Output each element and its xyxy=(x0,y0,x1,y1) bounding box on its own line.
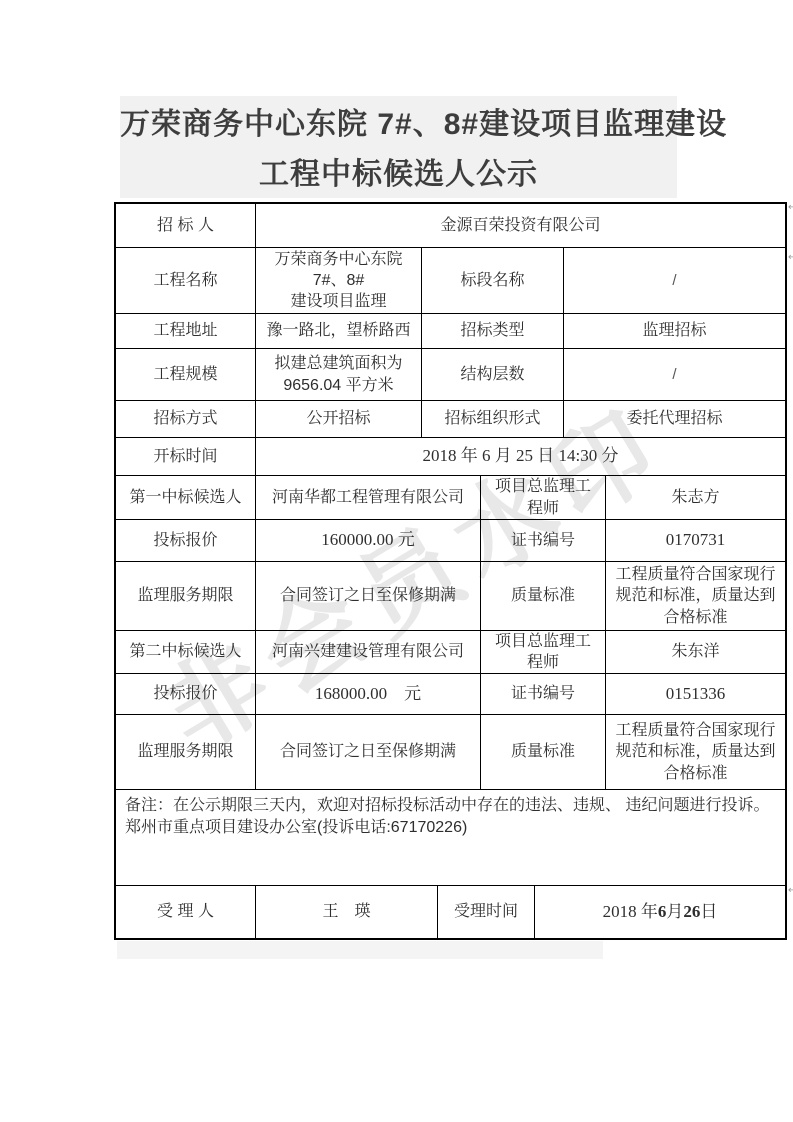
table-section-basic-info: 招 标 人 金源百荣投资有限公司 工程名称 万荣商务中心东院 7#、8# 建设项… xyxy=(116,204,785,476)
value-tender-method: 公开招标 xyxy=(256,401,422,438)
label-project-scale: 工程规模 xyxy=(116,349,256,401)
value-service-period-1: 合同签订之日至保修期满 xyxy=(256,562,481,631)
value-project-address: 豫一路北，望桥路西 xyxy=(256,314,422,349)
date-month: 6 xyxy=(658,901,667,923)
paragraph-mark-icon: ↵ xyxy=(788,253,793,263)
page-title-line1: 万荣商务中心东院 7#、8#建设项目监理建设 xyxy=(120,100,677,150)
label-handler: 受 理 人 xyxy=(116,886,256,938)
page-title-line2: 工程中标候选人公示 xyxy=(120,150,677,200)
label-tenderee: 招 标 人 xyxy=(116,204,256,248)
value-first-candidate: 河南华都工程管理有限公司 xyxy=(256,476,481,520)
label-bid-opening-time: 开标时间 xyxy=(116,438,256,476)
value-quality-standard-2: 工程质量符合国家现行规范和标准，质量达到合格标准 xyxy=(606,715,785,790)
value-bid-opening-time: 2018 年 6 月 25 日 14:30 分 xyxy=(256,438,785,476)
label-quality-standard-2: 质量标准 xyxy=(481,715,606,790)
label-service-period-1: 监理服务期限 xyxy=(116,562,256,631)
label-certificate-no-2: 证书编号 xyxy=(481,674,606,715)
value-quality-standard-1: 工程质量符合国家现行规范和标准，质量达到合格标准 xyxy=(606,562,785,631)
label-tender-method: 招标方式 xyxy=(116,401,256,438)
label-structure-floors: 结构层数 xyxy=(422,349,564,401)
date-part: 月 xyxy=(666,901,683,923)
value-service-period-2: 合同签订之日至保修期满 xyxy=(256,715,481,790)
highlight-band xyxy=(117,941,603,959)
value-tender-type: 监理招标 xyxy=(564,314,785,349)
label-tender-organization: 招标组织形式 xyxy=(422,401,564,438)
label-second-candidate: 第二中标候选人 xyxy=(116,631,256,674)
label-service-period-2: 监理服务期限 xyxy=(116,715,256,790)
value-certificate-no-1: 0170731 xyxy=(606,520,785,562)
date-part: 日 xyxy=(700,901,717,923)
value-project-name: 万荣商务中心东院 7#、8# 建设项目监理 xyxy=(256,248,422,314)
label-chief-engineer-1: 项目总监理工 程师 xyxy=(481,476,606,520)
label-project-name: 工程名称 xyxy=(116,248,256,314)
label-bid-price-1: 投标报价 xyxy=(116,520,256,562)
date-part: 2018 年 xyxy=(603,901,658,923)
value-section-name: / xyxy=(564,248,785,314)
label-certificate-no-1: 证书编号 xyxy=(481,520,606,562)
remarks-text: 备注：在公示期限三天内，欢迎对招标投标活动中存在的违法、违规、 违纪问题进行投诉… xyxy=(116,790,785,886)
label-quality-standard-1: 质量标准 xyxy=(481,562,606,631)
table-section-remarks: 备注：在公示期限三天内，欢迎对招标投标活动中存在的违法、违规、 违纪问题进行投诉… xyxy=(116,790,785,886)
label-bid-price-2: 投标报价 xyxy=(116,674,256,715)
bid-announcement-table: 招 标 人 金源百荣投资有限公司 工程名称 万荣商务中心东院 7#、8# 建设项… xyxy=(114,202,787,940)
value-chief-engineer-1: 朱志方 xyxy=(606,476,785,520)
value-tenderee: 金源百荣投资有限公司 xyxy=(256,204,785,248)
label-first-candidate: 第一中标候选人 xyxy=(116,476,256,520)
label-section-name: 标段名称 xyxy=(422,248,564,314)
value-structure-floors: / xyxy=(564,349,785,401)
label-chief-engineer-2: 项目总监理工 程师 xyxy=(481,631,606,674)
value-project-scale: 拟建总建筑面积为 9656.04 平方米 xyxy=(256,349,422,401)
value-handler: 王 瑛 xyxy=(256,886,438,938)
date-day: 26 xyxy=(683,901,700,923)
value-chief-engineer-2: 朱东洋 xyxy=(606,631,785,674)
value-acceptance-time: 2018 年 6 月 26 日 xyxy=(535,886,785,938)
paragraph-mark-icon: ↵ xyxy=(788,203,793,213)
value-tender-organization: 委托代理招标 xyxy=(564,401,785,438)
value-certificate-no-2: 0151336 xyxy=(606,674,785,715)
paragraph-mark-icon: ↵ xyxy=(788,886,793,896)
value-bid-price-1: 160000.00 元 xyxy=(256,520,481,562)
value-bid-price-2: 168000.00 元 xyxy=(256,674,481,715)
title-block: 万荣商务中心东院 7#、8#建设项目监理建设 工程中标候选人公示 xyxy=(120,96,677,198)
table-section-acceptance: 受 理 人 王 瑛 受理时间 2018 年 6 月 26 日 xyxy=(116,886,785,938)
value-second-candidate: 河南兴建建设管理有限公司 xyxy=(256,631,481,674)
table-section-candidates: 第一中标候选人 河南华都工程管理有限公司 项目总监理工 程师 朱志方 投标报价 … xyxy=(116,476,785,790)
label-project-address: 工程地址 xyxy=(116,314,256,349)
label-tender-type: 招标类型 xyxy=(422,314,564,349)
label-acceptance-time: 受理时间 xyxy=(438,886,535,938)
document-page: 非会员水印 万荣商务中心东院 7#、8#建设项目监理建设 工程中标候选人公示 招… xyxy=(0,0,793,1122)
